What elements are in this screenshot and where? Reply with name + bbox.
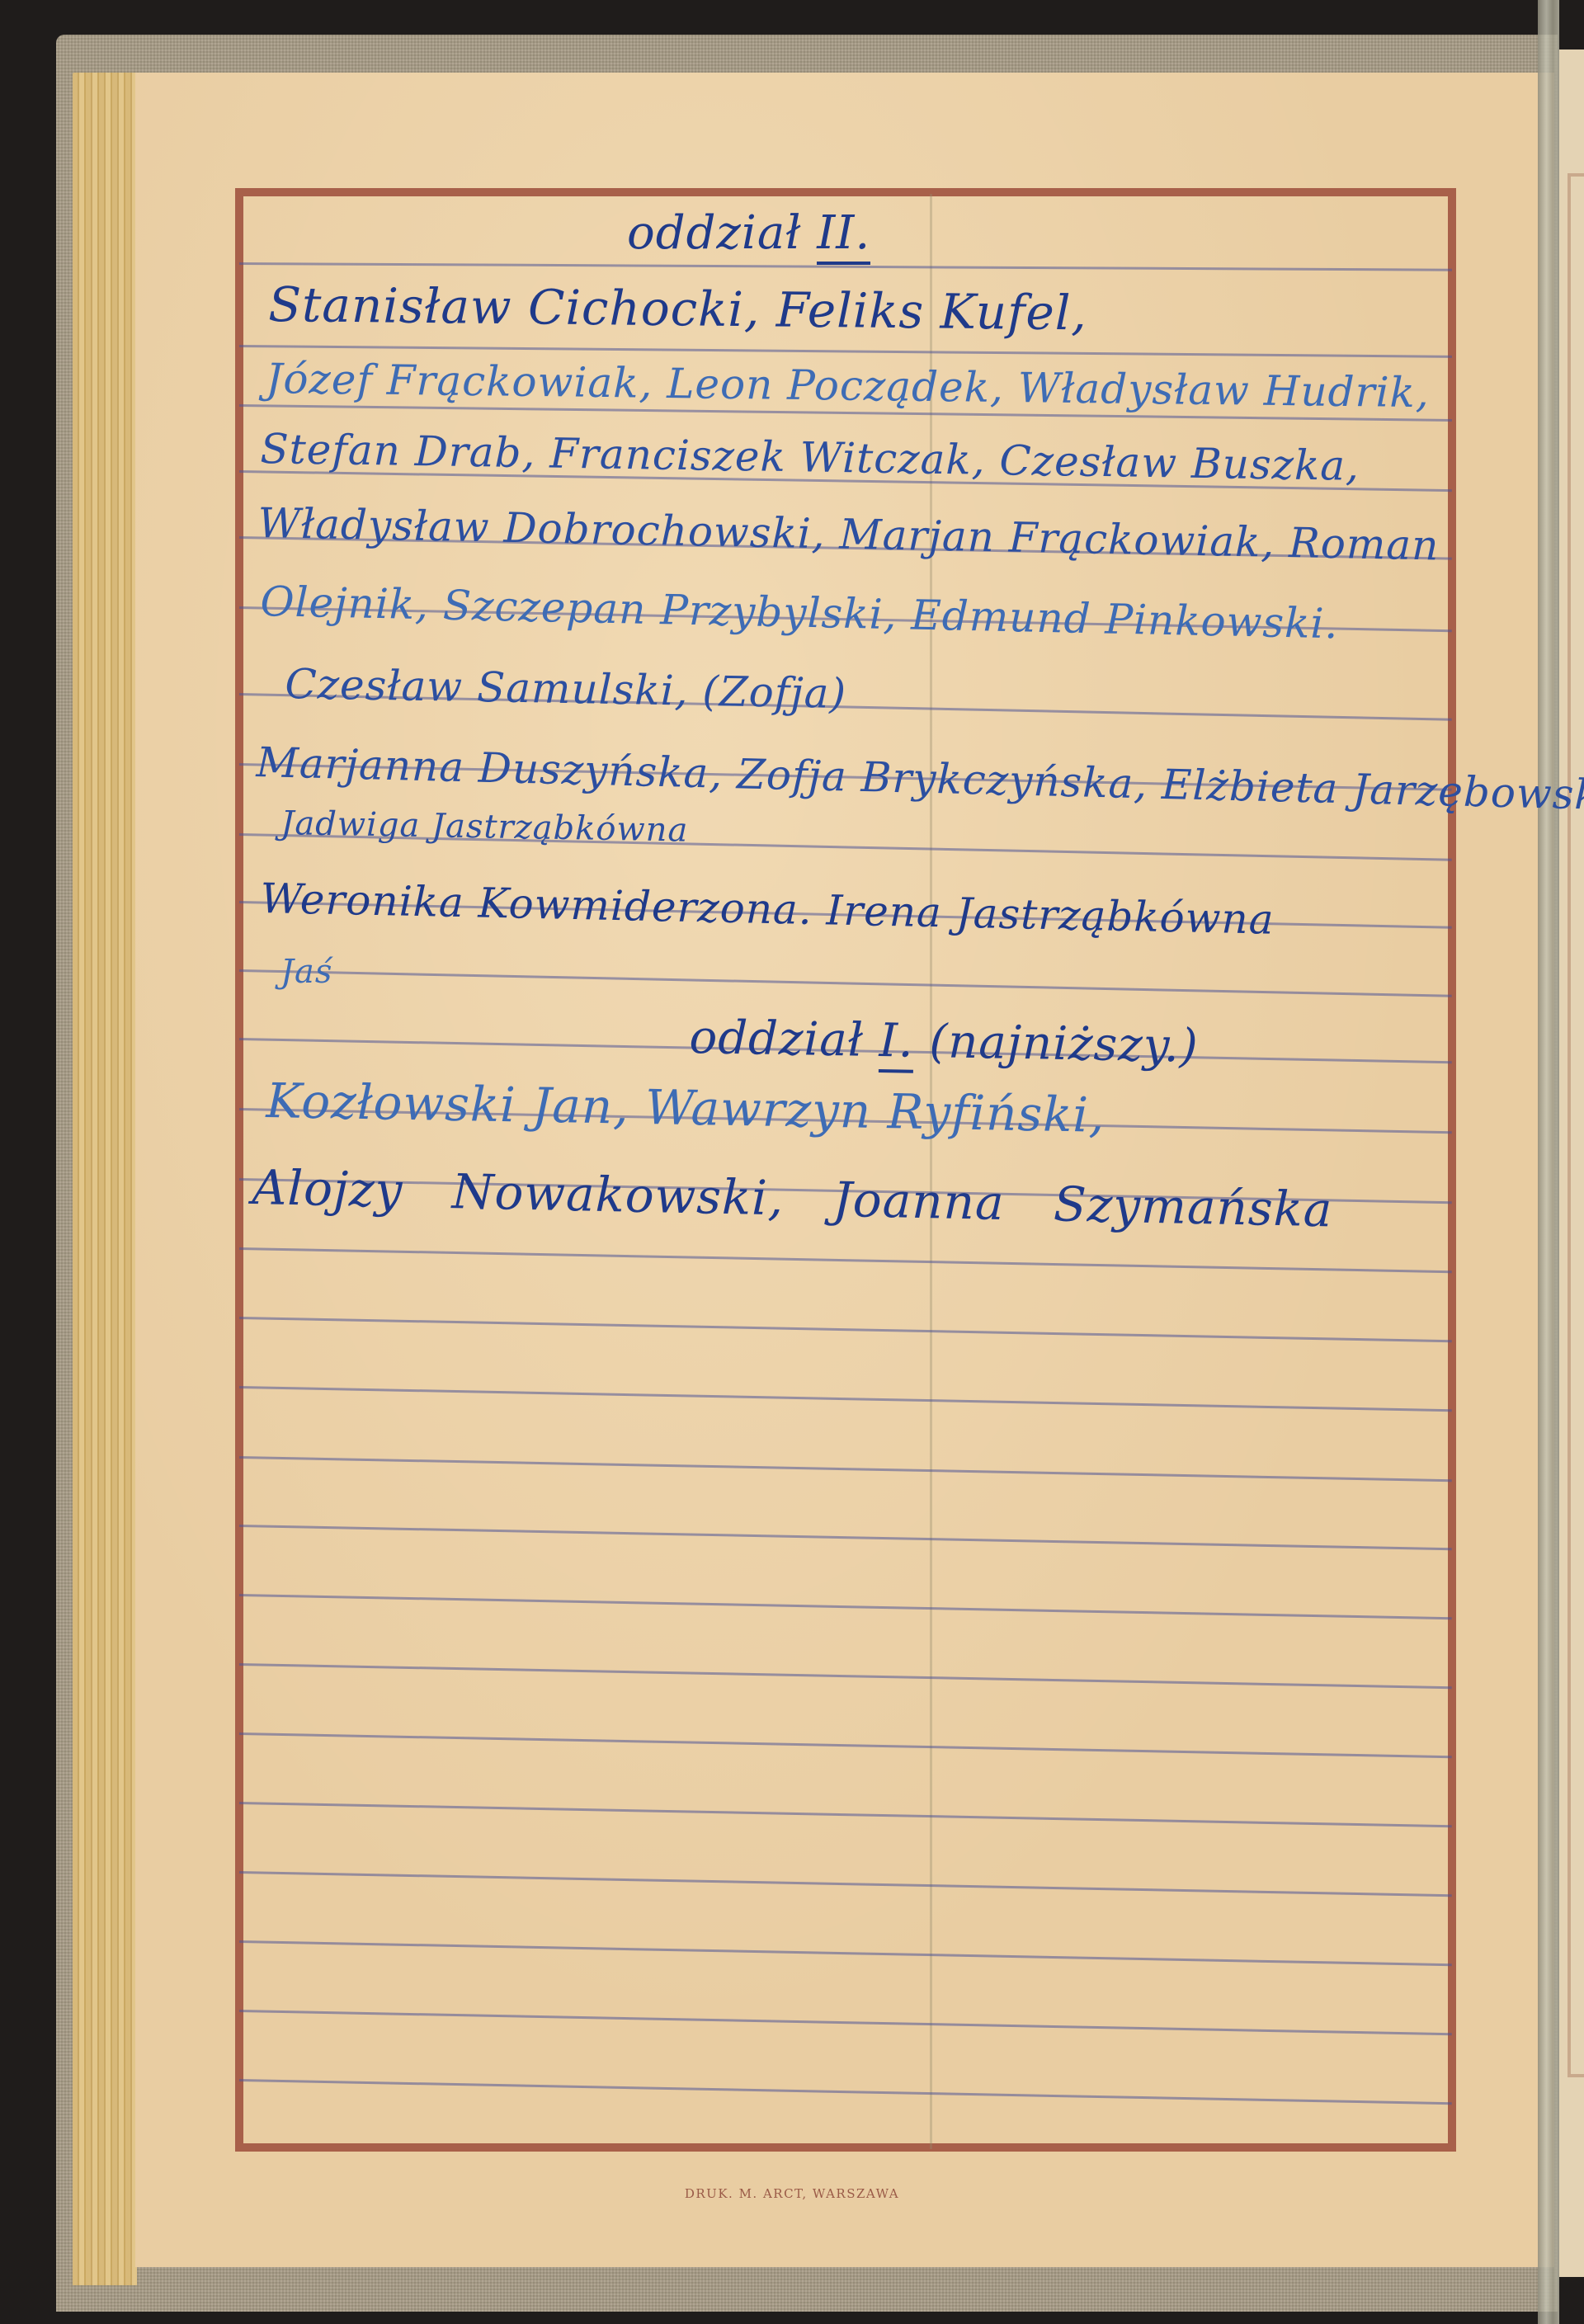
section-1-heading-text: oddział xyxy=(689,1011,864,1068)
handwritten-line: Czesław Samulski, (Zofja) xyxy=(285,660,847,718)
section-1-note: (najniższy.) xyxy=(929,1015,1199,1073)
handwritten-line: Jaś xyxy=(280,953,332,991)
handwritten-line: Jadwiga Jastrząbkówna xyxy=(280,804,689,850)
section-2-heading: oddział II. xyxy=(627,206,870,260)
section-2-heading-text: oddział xyxy=(627,206,801,260)
section-2-numeral: II. xyxy=(817,206,870,265)
binding-gutter xyxy=(1538,0,1559,2324)
page-edges xyxy=(73,73,137,2285)
section-1-numeral: I. xyxy=(879,1014,914,1073)
section-1-heading: oddział I. (najniższy.) xyxy=(689,1011,1199,1073)
printer-imprint: DRUK. M. ARCT, WARSZAWA xyxy=(0,2186,1584,2201)
adjacent-page xyxy=(1559,49,1584,2277)
handwritten-line: Stanisław Cichocki, Feliks Kufel, xyxy=(268,276,1087,341)
paper-fold xyxy=(930,194,932,2149)
adjacent-page-border xyxy=(1567,173,1584,2077)
